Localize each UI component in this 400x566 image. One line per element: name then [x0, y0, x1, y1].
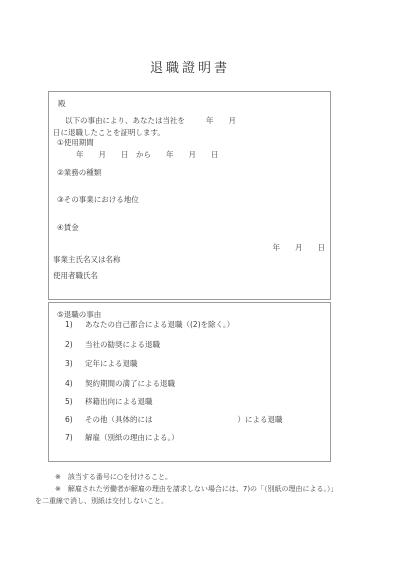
- employer-name-label: 事業主氏名又は名称: [53, 255, 121, 264]
- field-label-position: ③その事業における地位: [57, 195, 139, 204]
- reason-number: 7): [65, 433, 85, 442]
- field-label-wages: ④賃金: [57, 223, 79, 232]
- field-label-business-type: ②業務の種類: [57, 168, 101, 177]
- reason-row: 3)定年による退職: [65, 359, 138, 368]
- footnote-line-2: ※ 解雇された労働者が解雇の理由を請求しない場合には、7)の「（別紙の理由による…: [55, 485, 338, 493]
- retirement-reasons-box: ⑤退職の事由 1)あなたの自己都合による退職（(2)を除く。） 2)当社の勧奨に…: [48, 302, 331, 462]
- reason-number: 5): [65, 397, 85, 406]
- issue-date-blanks: 年 月 日: [273, 243, 326, 252]
- reason-number: 4): [65, 379, 85, 388]
- reason-text: 移籍出向による退職: [85, 397, 153, 406]
- reason-text-pre: その他（具体的には: [85, 415, 153, 424]
- intro-date-blanks: 年 月: [206, 116, 236, 125]
- reason-text: 当社の勧奨による退職: [85, 340, 160, 349]
- reason-number: 3): [65, 359, 85, 368]
- certificate-page: { "page_title": "退職證明書", "box1": { "addr…: [0, 0, 400, 566]
- reason-row: 7)解雇（別紙の理由による。）: [65, 433, 179, 442]
- reason-text: 契約期間の満了による退職: [85, 379, 175, 388]
- reason-number: 6): [65, 415, 85, 424]
- page-title: 退職證明書: [48, 57, 332, 76]
- intro-line-2: 日に退職したことを証明します。: [53, 128, 165, 137]
- reason-text: あなたの自己都合による退職（(2)を除く。）: [85, 320, 234, 329]
- footnote-line-3: を二重線で消し、別紙は交付しないこと。: [35, 497, 168, 505]
- reason-row: 4)契約期間の満了による退職: [65, 379, 175, 388]
- reason-text: 解雇（別紙の理由による。）: [85, 433, 179, 442]
- reason-text: 定年による退職: [85, 359, 138, 368]
- signer-title-label: 使用者職氏名: [53, 271, 98, 280]
- intro-line-1: 以下の事由により、あなたは当社を: [65, 116, 185, 125]
- reason-row: 6)その他（具体的には）による退職: [65, 415, 283, 424]
- reasons-heading: ⑤退職の事由: [57, 310, 101, 319]
- field-label-employment-period: ①使用期間: [57, 138, 94, 147]
- footnote-line-1: ※ 該当する番号に○を付けること。: [55, 473, 172, 481]
- certificate-main-box: 殿 以下の事由により、あなたは当社を 年 月 日に退職したことを証明します。 ①…: [48, 91, 331, 300]
- reason-number: 2): [65, 340, 85, 349]
- addressee-label: 殿: [58, 99, 66, 108]
- reason-row: 1)あなたの自己都合による退職（(2)を除く。）: [65, 320, 234, 329]
- employment-period-dates: 年 月 日 から 年 月 日: [76, 150, 219, 159]
- reason-text-post: ）による退職: [238, 415, 283, 424]
- reason-row: 2)当社の勧奨による退職: [65, 340, 160, 349]
- reason-number: 1): [65, 320, 85, 329]
- reason-row: 5)移籍出向による退職: [65, 397, 153, 406]
